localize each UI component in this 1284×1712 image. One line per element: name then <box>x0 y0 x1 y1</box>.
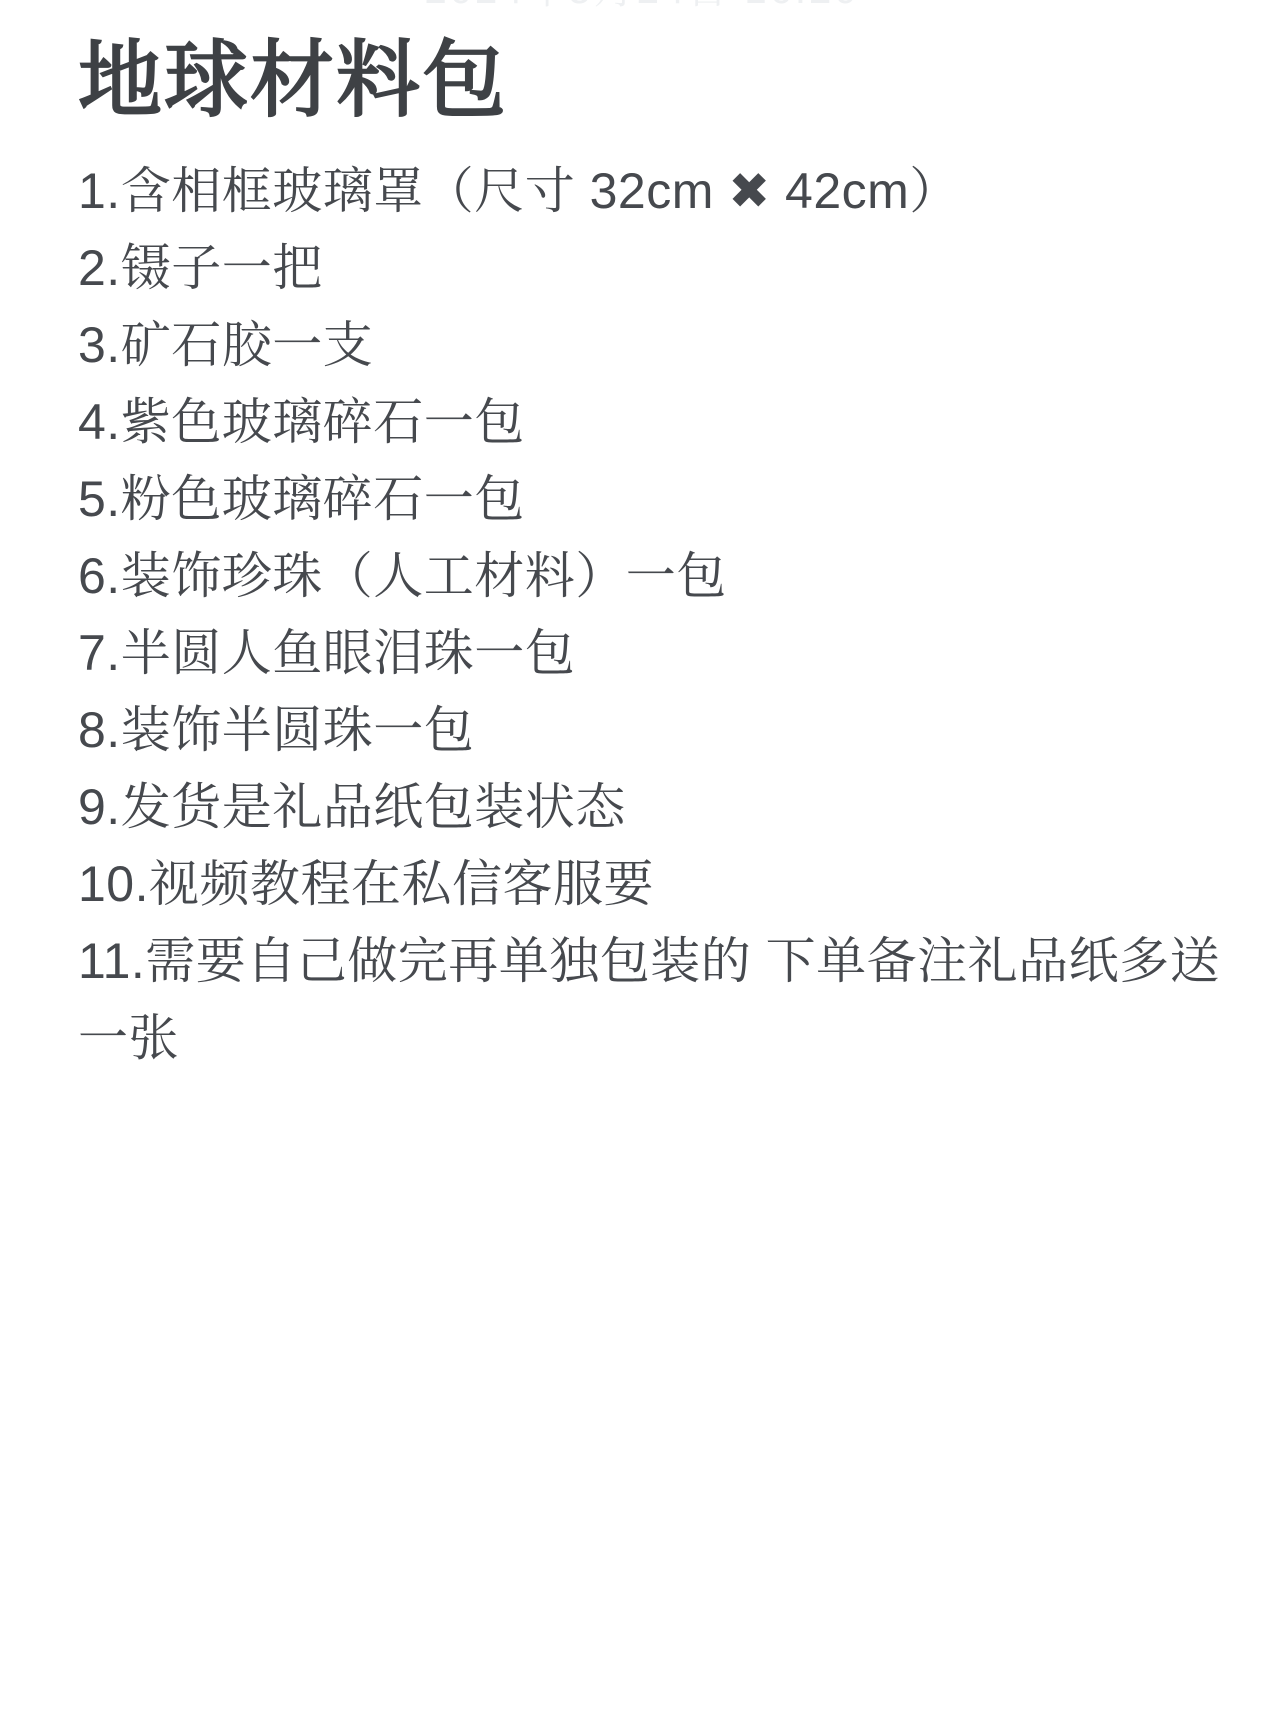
list-item: 8.装饰半圆珠一包 <box>78 692 1224 769</box>
list-item: 10.视频教程在私信客服要 <box>78 846 1224 923</box>
list-item: 4.紫色玻璃碎石一包 <box>78 384 1224 461</box>
list-item: 3.矿石胶一支 <box>78 307 1224 384</box>
list-item: 9.发货是礼品纸包装状态 <box>78 769 1224 846</box>
page-title: 地球材料包 <box>78 0 1224 129</box>
list-item: 1.含相框玻璃罩（尺寸 32cm ✖ 42cm） <box>78 153 1224 230</box>
item-list: 1.含相框玻璃罩（尺寸 32cm ✖ 42cm）2.镊子一把3.矿石胶一支4.紫… <box>78 153 1224 1077</box>
list-item: 7.半圆人鱼眼泪珠一包 <box>78 615 1224 692</box>
note-content: 地球材料包 1.含相框玻璃罩（尺寸 32cm ✖ 42cm）2.镊子一把3.矿石… <box>0 0 1284 1077</box>
list-item: 11.需要自己做完再单独包装的 下单备注礼品纸多送一张 <box>78 923 1224 1077</box>
note-page: 2024年5月24日 16:20 地球材料包 1.含相框玻璃罩（尺寸 32cm … <box>0 0 1284 1712</box>
list-item: 6.装饰珍珠（人工材料）一包 <box>78 538 1224 615</box>
timestamp: 2024年5月24日 16:20 <box>0 0 1284 11</box>
list-item: 5.粉色玻璃碎石一包 <box>78 461 1224 538</box>
list-item: 2.镊子一把 <box>78 230 1224 307</box>
